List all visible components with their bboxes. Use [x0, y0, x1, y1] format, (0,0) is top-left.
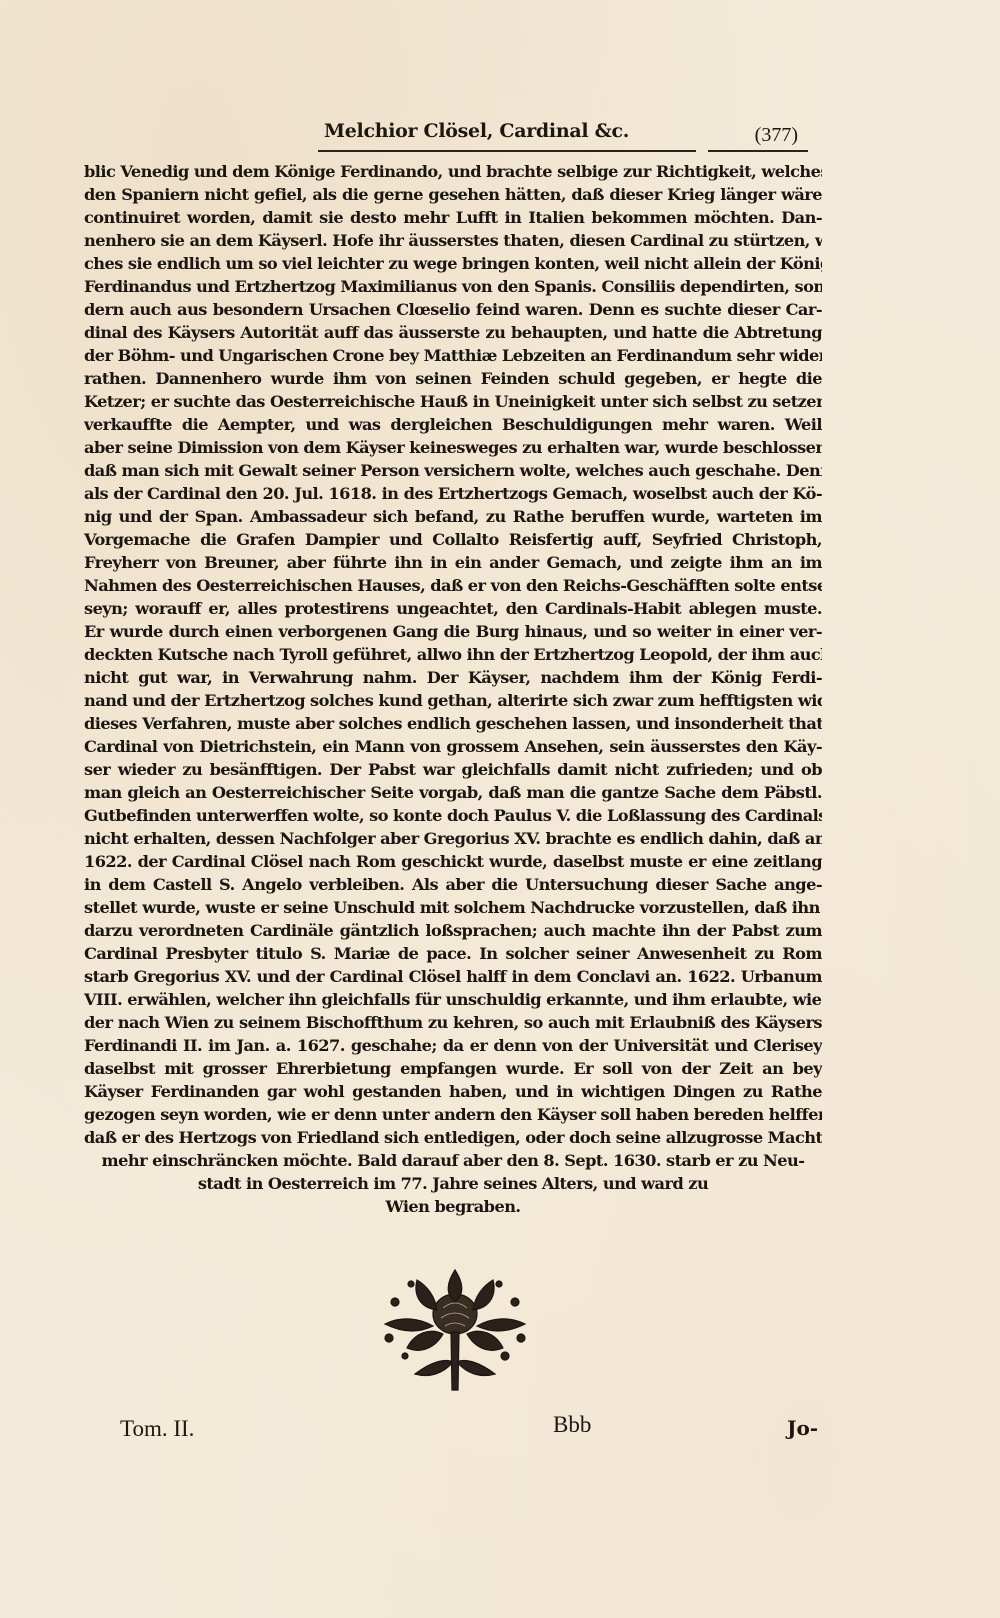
- page-number: (377): [755, 124, 798, 147]
- catchword: Jo-: [787, 1416, 818, 1440]
- header-rule-left: [318, 150, 696, 152]
- body-text: blic Venedig und dem Könige Ferdinando, …: [84, 160, 822, 1218]
- closing-line: Wien begraben.: [84, 1195, 822, 1218]
- text-line: gezogen seyn worden, wie er denn unter a…: [84, 1103, 822, 1126]
- page-footer: Tom. II. Bbb Jo-: [0, 1410, 1000, 1450]
- text-line: als der Cardinal den 20. Jul. 1618. in d…: [84, 482, 822, 505]
- text-line: VIII. erwählen, welcher ihn gleichfalls …: [84, 988, 822, 1011]
- text-line: Gutbefinden unterwerffen wolte, so konte…: [84, 804, 822, 827]
- text-line: 1622. der Cardinal Clösel nach Rom gesch…: [84, 850, 822, 873]
- text-line: darzu verordneten Cardinäle gäntzlich lo…: [84, 919, 822, 942]
- text-line: daß er des Hertzogs von Friedland sich e…: [84, 1126, 822, 1149]
- text-line: Ferdinandi II. im Jan. a. 1627. geschahe…: [84, 1034, 822, 1057]
- text-line: dern auch aus besondern Ursachen Clœseli…: [84, 298, 822, 321]
- text-line: nand und der Ertzhertzog solches kund ge…: [84, 689, 822, 712]
- text-line: dieses Verfahren, muste aber solches end…: [84, 712, 822, 735]
- text-line: nenhero sie an dem Käyserl. Hofe ihr äus…: [84, 229, 822, 252]
- text-line: rathen. Dannenhero wurde ihm von seinen …: [84, 367, 822, 390]
- text-line: ser wieder zu besänfftigen. Der Pabst wa…: [84, 758, 822, 781]
- text-line: deckten Kutsche nach Tyroll geführet, al…: [84, 643, 822, 666]
- text-line: in dem Castell S. Angelo verbleiben. Als…: [84, 873, 822, 896]
- text-line: aber seine Dimission von dem Käyser kein…: [84, 436, 822, 459]
- text-line: Cardinal Presbyter titulo S. Mariæ de pa…: [84, 942, 822, 965]
- closing-line: mehr einschräncken möchte. Bald darauf a…: [84, 1149, 822, 1172]
- text-line: Cardinal von Dietrichstein, ein Mann von…: [84, 735, 822, 758]
- text-line: ches sie endlich um so viel leichter zu …: [84, 252, 822, 275]
- text-line: der Böhm- und Ungarischen Crone bey Matt…: [84, 344, 822, 367]
- text-line: nig und der Span. Ambassadeur sich befan…: [84, 505, 822, 528]
- floral-ornament-icon: [355, 1262, 555, 1392]
- text-line: den Spaniern nicht gefiel, als die gerne…: [84, 183, 822, 206]
- text-line: Ferdinandus und Ertzhertzog Maximilianus…: [84, 275, 822, 298]
- book-page: Melchior Clösel, Cardinal &c. (377) blic…: [0, 0, 1000, 1618]
- header-rule-right: [708, 150, 808, 152]
- text-line: nicht erhalten, dessen Nachfolger aber G…: [84, 827, 822, 850]
- text-line: der nach Wien zu seinem Bischoffthum zu …: [84, 1011, 822, 1034]
- text-line: starb Gregorius XV. und der Cardinal Clö…: [84, 965, 822, 988]
- closing-line: stadt in Oesterreich im 77. Jahre seines…: [84, 1172, 822, 1195]
- running-title: Melchior Clösel, Cardinal &c.: [324, 120, 629, 142]
- text-line: continuiret worden, damit sie desto mehr…: [84, 206, 822, 229]
- text-line: stellet wurde, wuste er seine Unschuld m…: [84, 896, 822, 919]
- text-line: Käyser Ferdinanden gar wohl gestanden ha…: [84, 1080, 822, 1103]
- text-line: Nahmen des Oesterreichischen Hauses, daß…: [84, 574, 822, 597]
- text-line: nicht gut war, in Verwahrung nahm. Der K…: [84, 666, 822, 689]
- text-line: Er wurde durch einen verborgenen Gang di…: [84, 620, 822, 643]
- text-line: verkauffte die Aempter, und was dergleic…: [84, 413, 822, 436]
- text-line: Vorgemache die Grafen Dampier und Collal…: [84, 528, 822, 551]
- text-line: dinal des Käysers Autorität auff das äus…: [84, 321, 822, 344]
- text-line: Freyherr von Breuner, aber führte ihn in…: [84, 551, 822, 574]
- signature-mark: Bbb: [553, 1412, 591, 1438]
- volume-mark: Tom. II.: [120, 1416, 194, 1442]
- text-line: blic Venedig und dem Könige Ferdinando, …: [84, 160, 822, 183]
- text-line: man gleich an Oesterreichischer Seite vo…: [84, 781, 822, 804]
- text-line: Ketzer; er suchte das Oesterreichische H…: [84, 390, 822, 413]
- text-line: daß man sich mit Gewalt seiner Person ve…: [84, 459, 822, 482]
- text-line: daselbst mit grosser Ehrerbietung empfan…: [84, 1057, 822, 1080]
- running-head: Melchior Clösel, Cardinal &c. (377): [318, 118, 798, 152]
- text-line: seyn; worauff er, alles protestirens ung…: [84, 597, 822, 620]
